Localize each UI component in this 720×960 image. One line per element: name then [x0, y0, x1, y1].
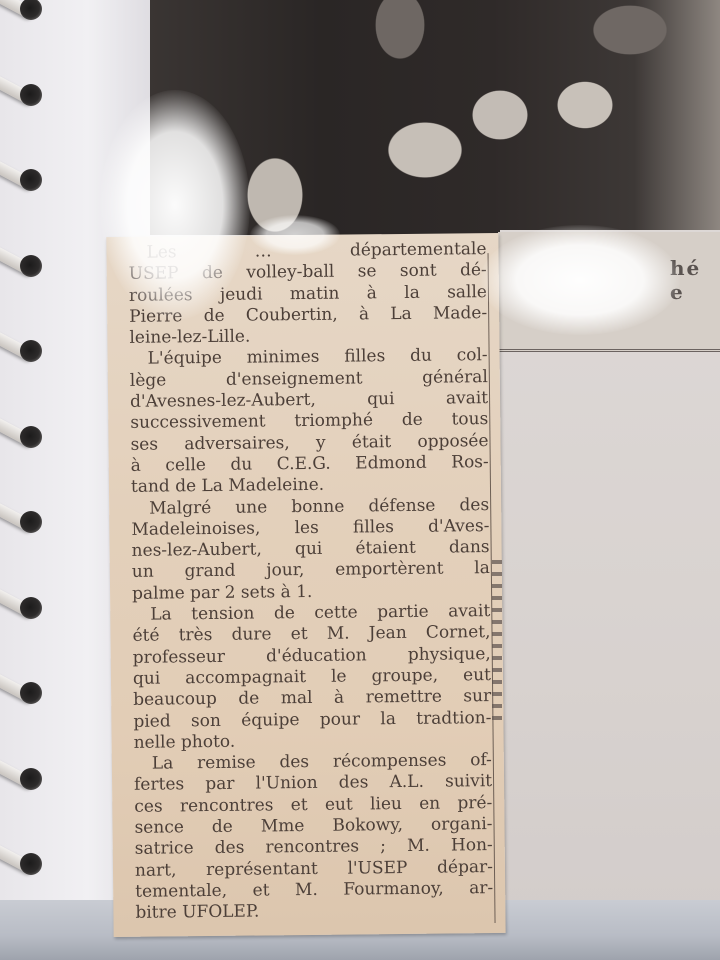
article-line: bitre UFOLEP. [135, 899, 493, 924]
torn-edge [492, 560, 502, 720]
light-glare [250, 215, 340, 255]
spiral-ring [0, 334, 52, 364]
article-line: beaucoup de mal à remettre sur [133, 686, 491, 711]
article-line: à celle du C.E.G. Edmond Ros- [131, 452, 489, 477]
spiral-ring [0, 0, 52, 22]
ring-hole [20, 0, 42, 20]
ring-hole [20, 340, 42, 362]
light-glare [100, 90, 250, 320]
ring-hole [20, 255, 42, 277]
ring-hole [20, 768, 42, 790]
spiral-ring [0, 163, 52, 193]
spiral-ring [0, 78, 52, 108]
spiral-ring [0, 676, 52, 706]
ring-hole [20, 853, 42, 875]
spiral-ring [0, 847, 52, 877]
spiral-ring [0, 505, 52, 535]
newspaper-clipping: Les … départementaleUSEP de volley-ball … [106, 233, 505, 937]
ring-hole [20, 511, 42, 533]
article-line: un grand jour, emportèrent la [132, 559, 490, 584]
light-glare [480, 225, 680, 335]
spiral-ring [0, 762, 52, 792]
article-line: pied son équipe pour la tradtion- [133, 708, 491, 733]
article-text: Les … départementaleUSEP de volley-ball … [128, 239, 493, 924]
ring-hole [20, 84, 42, 106]
ring-hole [20, 169, 42, 191]
ring-hole [20, 682, 42, 704]
ring-hole [20, 426, 42, 448]
spiral-ring [0, 420, 52, 450]
spiral-ring [0, 591, 52, 621]
article-line: tementale, et M. Fourmanoy, ar- [135, 878, 493, 903]
spiral-ring [0, 249, 52, 279]
ring-hole [20, 597, 42, 619]
